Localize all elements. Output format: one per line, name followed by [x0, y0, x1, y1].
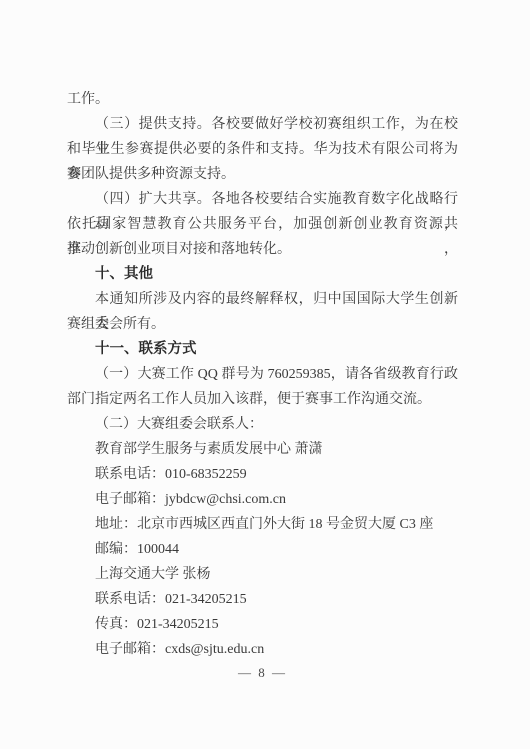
contact-moe-email: 电子邮箱：jybdcw@chsi.com.cn [67, 487, 458, 512]
para-expand-sharing-line-1: （四）扩大共享。各地各校要结合实施教育数字化战略行动， [67, 187, 458, 212]
contact-moe-center-name: 教育部学生服务与素质发展中心 萧潇 [67, 437, 458, 462]
document-text-block: 工作。 （三）提供支持。各校要做好学校初赛组织工作，为在校生 和毕业生参赛提供必… [67, 87, 458, 662]
contact-sjtu-phone: 联系电话：021-34205215 [67, 587, 458, 612]
para-qq-group-line-1: （一）大赛工作 QQ 群号为 760259385，请各省级教育行政 [67, 362, 458, 387]
para-contact-persons-intro: （二）大赛组委会联系人： [67, 412, 458, 437]
para-provide-support-line-1: （三）提供支持。各校要做好学校初赛组织工作，为在校生 [67, 112, 458, 137]
contact-moe-postcode: 邮编：100044 [67, 537, 458, 562]
para-interpretation-line-1: 本通知所涉及内容的最终解释权，归中国国际大学生创新大 [67, 287, 458, 312]
contact-moe-address: 地址：北京市西城区西直门外大街 18 号金贸大厦 C3 座 [67, 512, 458, 537]
contact-sjtu-fax: 传真：021-34205215 [67, 612, 458, 637]
contact-sjtu-name: 上海交通大学 张杨 [67, 562, 458, 587]
contact-moe-phone: 联系电话：010-68352259 [67, 462, 458, 487]
document-page: 工作。 （三）提供支持。各校要做好学校初赛组织工作，为在校生 和毕业生参赛提供必… [0, 0, 530, 749]
page-number: — 8 — [67, 663, 458, 683]
contact-sjtu-email: 电子邮箱：cxds@sjtu.edu.cn [67, 637, 458, 662]
paragraph-continuation-line: 工作。 [67, 87, 458, 112]
para-interpretation-line-2: 赛组委会所有。 [67, 312, 458, 337]
para-provide-support-line-3: 赛团队提供多种资源支持。 [67, 162, 458, 187]
heading-section-eleven-contact: 十一、联系方式 [67, 337, 458, 362]
para-provide-support-line-2: 和毕业生参赛提供必要的条件和支持。华为技术有限公司将为参 [67, 137, 458, 162]
heading-section-ten-other: 十、其他 [67, 262, 458, 287]
para-expand-sharing-line-2: 依托国家智慧教育公共服务平台，加强创新创业教育资源共享， [67, 212, 458, 237]
para-qq-group-line-2: 部门指定两名工作人员加入该群，便于赛事工作沟通交流。 [67, 387, 458, 412]
